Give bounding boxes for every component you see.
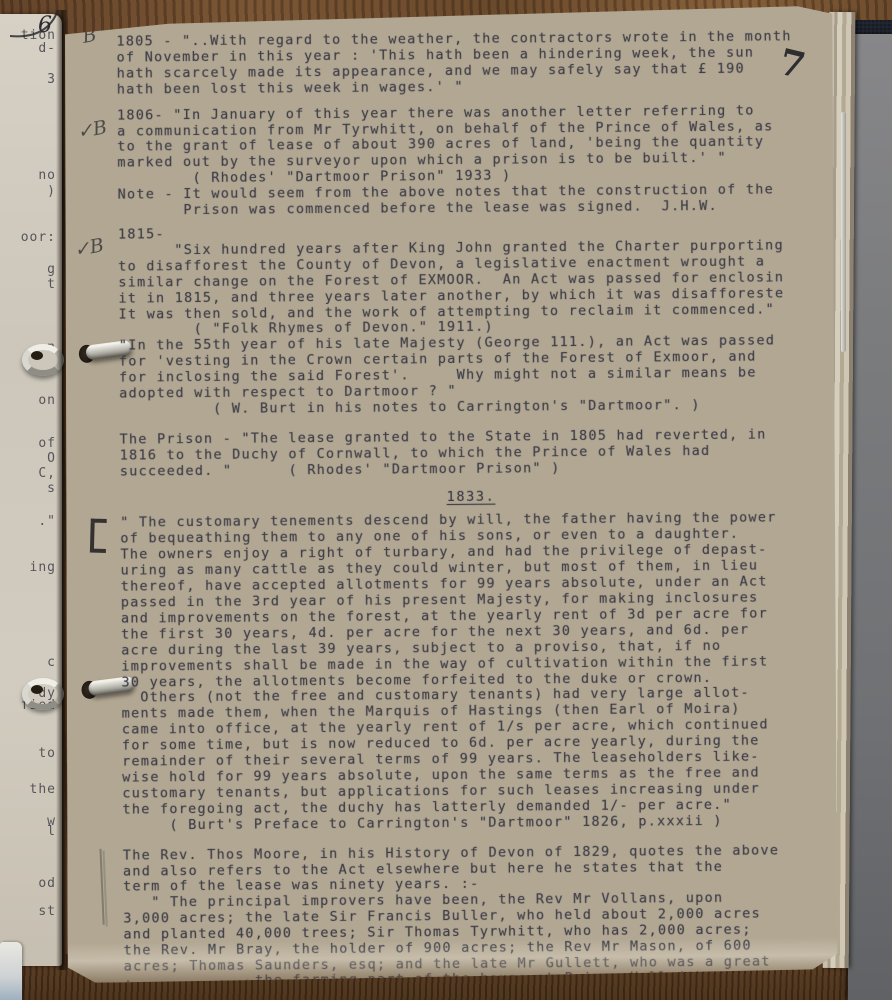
text-fragment: od (0, 876, 56, 891)
ink-bracket-mark (90, 519, 107, 553)
section-entry-1815: 1815- "Six hundred years after King John… (118, 222, 821, 418)
photo-scene: tiond-3no)oor:gtnonofOC,s."ingcdyfiedtot… (0, 0, 892, 1000)
section-prison-note: The Prison - "The lease granted to the S… (120, 427, 822, 480)
text-fragment: oor: (0, 230, 56, 245)
document-page: 7 B✓B✓B 1805 - "..With regard to the wea… (60, 5, 840, 983)
typed-line: succeeded. " ( Rhodes' "Dartmoor Prison"… (120, 459, 822, 480)
underlying-page-left-edge: tiond-3no)oor:gtnonofOC,s."ingcdyfiedtot… (0, 14, 62, 966)
text-fragment: the (0, 782, 56, 797)
text-fragment: ) (0, 184, 56, 199)
typed-line: ( Burt's Preface to Carrington's "Dartmo… (123, 813, 825, 834)
text-fragment: to (0, 746, 56, 761)
text-fragment: s (0, 481, 56, 496)
text-fragment: ing (0, 560, 56, 575)
section-moore-note: The Rev. Thos Moore, in his History of D… (123, 843, 826, 976)
paper-scrap (0, 942, 22, 1000)
section-heading-1833: 1833. (120, 487, 822, 508)
typed-line: Prison was commenced before the lease wa… (118, 198, 820, 219)
text-fragment: c (0, 655, 56, 670)
typed-line: hath been lost this week in wages.' " (117, 77, 819, 98)
typed-line: 1833. (120, 487, 822, 508)
text-fragment: C, (0, 466, 56, 481)
text-fragment: st (0, 904, 56, 919)
page-number-6-text: 6 (38, 13, 52, 38)
grey-divider-card (848, 34, 892, 1000)
text-fragment: no (0, 168, 56, 183)
margin-check-mark: ✓B (72, 234, 105, 261)
pencil-margin-line (99, 849, 104, 925)
margin-check-mark: ✓B (75, 116, 108, 143)
text-fragment: on (0, 393, 56, 408)
text-fragment: 3 (0, 72, 56, 87)
binder-ring-top-icon (22, 344, 54, 366)
text-fragment: of (0, 436, 56, 451)
typed-line: ( W. Burt in his notes to Carrington's "… (119, 397, 821, 418)
metal-clip-icon (841, 112, 846, 352)
text-fragment: ." (0, 514, 56, 529)
handwritten-page-number-6: 6 (8, 6, 62, 52)
section-entry-1806: 1806- "In January of this year there was… (117, 103, 820, 220)
binder-ring-bottom-icon (22, 678, 54, 700)
text-fragment: O (0, 451, 56, 466)
text-fragment: l (0, 824, 56, 839)
text-fragment: g (0, 262, 56, 277)
text-fragment: t (0, 277, 56, 292)
typed-text-body: 1805 - "..With regard to the weather, th… (116, 29, 826, 996)
section-entry-1805: 1805 - "..With regard to the weather, th… (116, 29, 818, 98)
section-entry-1833: " The customary tenements descend by wil… (120, 511, 824, 835)
